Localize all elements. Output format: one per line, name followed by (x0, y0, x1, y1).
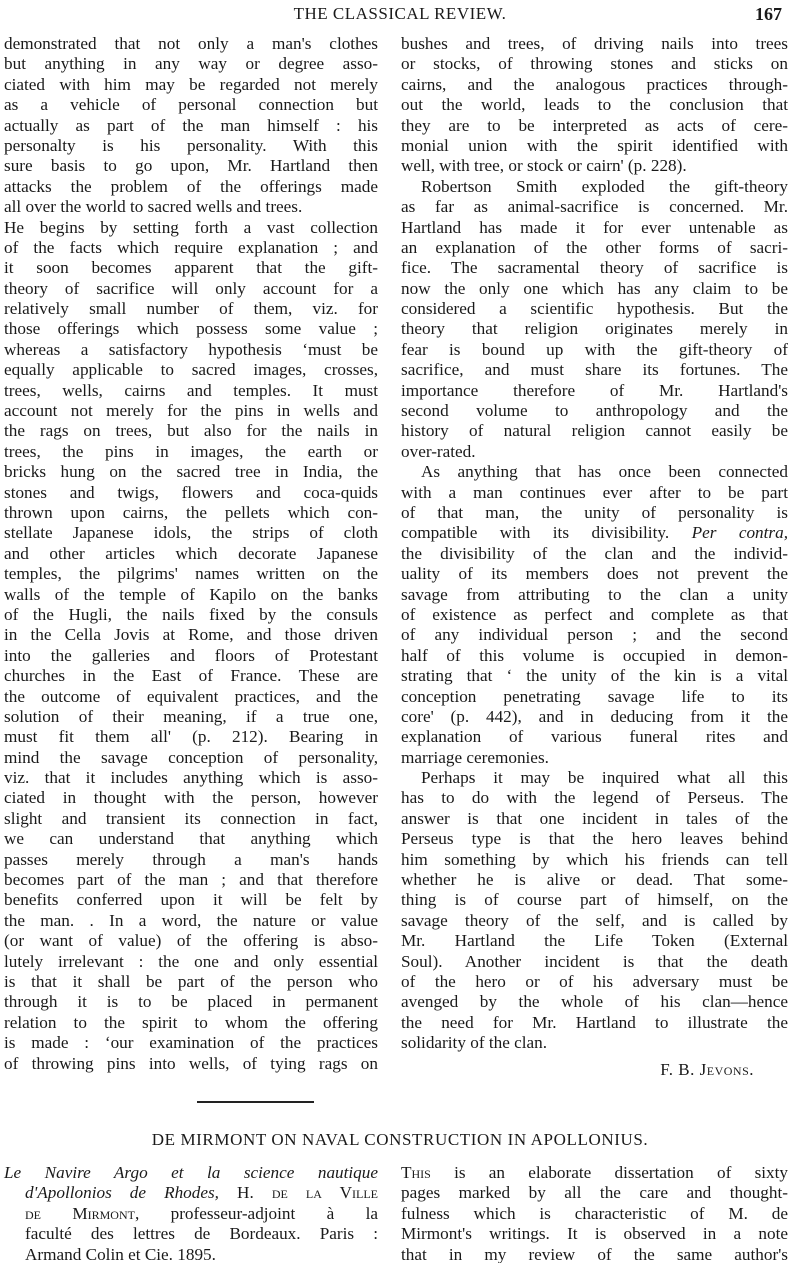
text-line: of the facts which require explanation ;… (4, 238, 378, 258)
body-line: pages marked by all the care and thought… (401, 1183, 788, 1203)
text-line: stones and twigs, flowers and coca-quids (4, 483, 378, 503)
text-line: attacks the problem of the offerings mad… (4, 177, 378, 197)
author-name: de Mirmont, (25, 1204, 139, 1223)
body-line: that in my review of the same author's (401, 1245, 788, 1263)
text-line: uality of its members does not prevent t… (401, 564, 788, 584)
citation-title: d'Apollonios de Rhodes, (25, 1183, 219, 1202)
text-line: as a vehicle of personal connection but (4, 95, 378, 115)
citation-line: de Mirmont, professeur-adjoint à la (4, 1204, 378, 1224)
text-line: Soul). Another incident is that the deat… (401, 952, 788, 972)
text-line: Hartland has made it for ever untenable … (401, 218, 788, 238)
text-fragment: compatible with its divisibility. (401, 523, 669, 542)
text-line: history of natural religion cannot easil… (401, 421, 788, 441)
text-line: ciated with him may be regarded not mere… (4, 75, 378, 95)
text-line: of the hero or of his adversary must be (401, 972, 788, 992)
text-line: trees, the pins in images, the earth or (4, 442, 378, 462)
text-line: account not merely for the pins in wells… (4, 401, 378, 421)
text-line: actually as part of the man himself : hi… (4, 116, 378, 136)
body-line: This is an elaborate dissertation of six… (401, 1163, 788, 1183)
text-line: of the Hugli, the nails fixed by the con… (4, 605, 378, 625)
text-line: thrown upon cairns, the pellets which co… (4, 503, 378, 523)
text-line: churches in the East of France. These ar… (4, 666, 378, 686)
text-line: must fit them all' (p. 212). Bearing in (4, 727, 378, 747)
text-line: Mr. Hartland the Life Token (External (401, 931, 788, 951)
text-line: considered a scientific hypothesis. But … (401, 299, 788, 319)
text-line: they are to be interpreted as acts of ce… (401, 116, 788, 136)
author-signature: F. B. Jevons. (401, 1060, 788, 1080)
citation-line: Le Navire Argo et la science nautique (4, 1163, 378, 1183)
text-line: monial union with the spirit identified … (401, 136, 788, 156)
text-line: with a man continues ever after to be pa… (401, 483, 788, 503)
text-line: strating that ‘ the unity of the kin is … (401, 666, 788, 686)
text-line: him something by which his friends can t… (401, 850, 788, 870)
text-line: over-rated. (401, 442, 788, 462)
text-line: explanation of various funeral rites and (401, 727, 788, 747)
italic-phrase: Per contra, (692, 523, 788, 542)
citation-line: Armand Colin et Cie. 1895. (4, 1245, 378, 1263)
text-line: into the galleries and floors of Protest… (4, 646, 378, 666)
text-line: trees, wells, cairns and temples. It mus… (4, 381, 378, 401)
text-line: is made : ‘our examination of the practi… (4, 1033, 378, 1053)
text-line: the man. . In a word, the nature or valu… (4, 911, 378, 931)
text-line: marriage ceremonies. (401, 748, 788, 768)
author-affiliation: professeur-adjoint à la (171, 1204, 378, 1223)
text-line: of any individual person ; and the secon… (401, 625, 788, 645)
text-line: walls of the temple of Kapilo on the ban… (4, 585, 378, 605)
text-line: now the only one which has any claim to … (401, 279, 788, 299)
text-line: of throwing pins into wells, of tying ra… (4, 1054, 378, 1074)
text-line: fear is bound up with the gift-theory of (401, 340, 788, 360)
text-line: relation to the spirit to whom the offer… (4, 1013, 378, 1033)
body-line: Mirmont's writings. It is observed in a … (401, 1224, 788, 1244)
text-line: whether he is alive or dead. That some- (401, 870, 788, 890)
text-line: second volume to anthropology and the (401, 401, 788, 421)
text-line: thing is of course part of himself, on t… (401, 890, 788, 910)
text-line: bricks hung on the sacred tree in India,… (4, 462, 378, 482)
text-line: conception penetrating savage life to it… (401, 687, 788, 707)
text-line: mind the savage conception of personalit… (4, 748, 378, 768)
section-heading: DE MIRMONT ON NAVAL CONSTRUCTION IN APOL… (0, 1130, 800, 1150)
text-line: cairns, and the analogous practices thro… (401, 75, 788, 95)
text-line: fice. The sacramental theory of sacrific… (401, 258, 788, 278)
text-line: becomes part of the man ; and that there… (4, 870, 378, 890)
text-line: temples, the pilgrims' names written on … (4, 564, 378, 584)
text-line: compatible with its divisibility. Per co… (401, 523, 788, 543)
right-column: bushes and trees, of driving nails into … (401, 34, 788, 1080)
text-line: stellate Japanese idols, the strips of c… (4, 523, 378, 543)
text-line: personalty is his personality. With this (4, 136, 378, 156)
text-line: Perseus type is that the hero leaves beh… (401, 829, 788, 849)
running-head: THE CLASSICAL REVIEW. 167 (0, 4, 800, 34)
author-initial: H. (237, 1183, 254, 1202)
text-line: is that it shall be part of the person w… (4, 972, 378, 992)
text-line: slight and transient its connection in f… (4, 809, 378, 829)
left-column: demonstrated that not only a man's cloth… (4, 34, 378, 1074)
text-line: viz. that it includes anything which is … (4, 768, 378, 788)
body-line: fulness which is characteristic of M. de (401, 1204, 788, 1224)
text-line: all over the world to sacred wells and t… (4, 197, 378, 217)
text-line: theory of sacrifice will only account fo… (4, 279, 378, 299)
text-line: sure basis to go upon, Mr. Hartland then (4, 156, 378, 176)
text-line: the need for Mr. Hartland to illustrate … (401, 1013, 788, 1033)
text-line: the outcome of equivalent practices, and… (4, 687, 378, 707)
text-line: an explanation of the other forms of sac… (401, 238, 788, 258)
text-line: benefits conferred upon it will be felt … (4, 890, 378, 910)
text-line: passes merely through a man's hands (4, 850, 378, 870)
citation-line: d'Apollonios de Rhodes, H. de la Ville (4, 1183, 378, 1203)
text-line: solidarity of the clan. (401, 1033, 788, 1053)
text-line: equally applicable to sacred images, cro… (4, 360, 378, 380)
text-line: whereas a satisfactory hypothesis ‘must … (4, 340, 378, 360)
page-number: 167 (755, 4, 782, 25)
text-line: of existence as perfect and complete as … (401, 605, 788, 625)
text-line: the divisibility of the clan and the ind… (401, 544, 788, 564)
text-line: savage theory of the self, and is called… (401, 911, 788, 931)
text-line: and other articles which decorate Japane… (4, 544, 378, 564)
journal-title: THE CLASSICAL REVIEW. (0, 4, 800, 24)
text-line: He begins by setting forth a vast collec… (4, 218, 378, 238)
text-line: of that man, the unity of personality is (401, 503, 788, 523)
text-line: theory that religion originates merely i… (401, 319, 788, 339)
text-line: in the Cella Jovis at Rome, and those dr… (4, 625, 378, 645)
text-line: or stocks, of throwing stones and sticks… (401, 54, 788, 74)
text-line: but anything in any way or degree asso- (4, 54, 378, 74)
text-line: Robertson Smith exploded the gift-theory (401, 177, 788, 197)
text-line: savage from attributing to the clan a un… (401, 585, 788, 605)
text-line: the rags on trees, but also for the nail… (4, 421, 378, 441)
review-citation: Le Navire Argo et la science nautique d'… (4, 1163, 378, 1263)
text-line: core' (p. 442), and in deducing from it … (401, 707, 788, 727)
text-line: answer is that one incident in tales of … (401, 809, 788, 829)
text-line: well, with tree, or stock or cairn' (p. … (401, 156, 788, 176)
text-line: avenged by the whole of his clan—hence (401, 992, 788, 1012)
text-line: demonstrated that not only a man's cloth… (4, 34, 378, 54)
text-line: as far as animal-sacrifice is concerned.… (401, 197, 788, 217)
citation-line: faculté des lettres de Bordeaux. Paris : (4, 1224, 378, 1244)
text-line: half of this volume is occupied in demon… (401, 646, 788, 666)
text-line: ciated in thought with the person, howev… (4, 788, 378, 808)
citation-title: Le Navire Argo et la science nautique (4, 1163, 378, 1182)
author-name: de la Ville (272, 1183, 378, 1202)
body-text: is an elaborate dissertation of sixty (454, 1163, 788, 1182)
text-line: lutely irrelevant : the one and only ess… (4, 952, 378, 972)
section-divider (197, 1101, 314, 1103)
text-line: out the world, leads to the conclusion t… (401, 95, 788, 115)
text-line: has to do with the legend of Perseus. Th… (401, 788, 788, 808)
text-line: (or want of value) of the offering is ab… (4, 931, 378, 951)
text-line: those offerings which possess some value… (4, 319, 378, 339)
text-line: we can understand that anything which (4, 829, 378, 849)
text-line: relatively small number of them, viz. fo… (4, 299, 378, 319)
text-line: solution of their meaning, if a true one… (4, 707, 378, 727)
text-line: sacrifice, and must share its fortunes. … (401, 360, 788, 380)
text-line: through it is to be placed in permanent (4, 992, 378, 1012)
text-line: it soon becomes apparent that the gift- (4, 258, 378, 278)
text-line: As anything that has once been connected (401, 462, 788, 482)
review-body: This is an elaborate dissertation of six… (401, 1163, 788, 1263)
text-line: importance therefore of Mr. Hartland's (401, 381, 788, 401)
lead-word: This (401, 1163, 431, 1182)
text-line: bushes and trees, of driving nails into … (401, 34, 788, 54)
text-line: Perhaps it may be inquired what all this (401, 768, 788, 788)
